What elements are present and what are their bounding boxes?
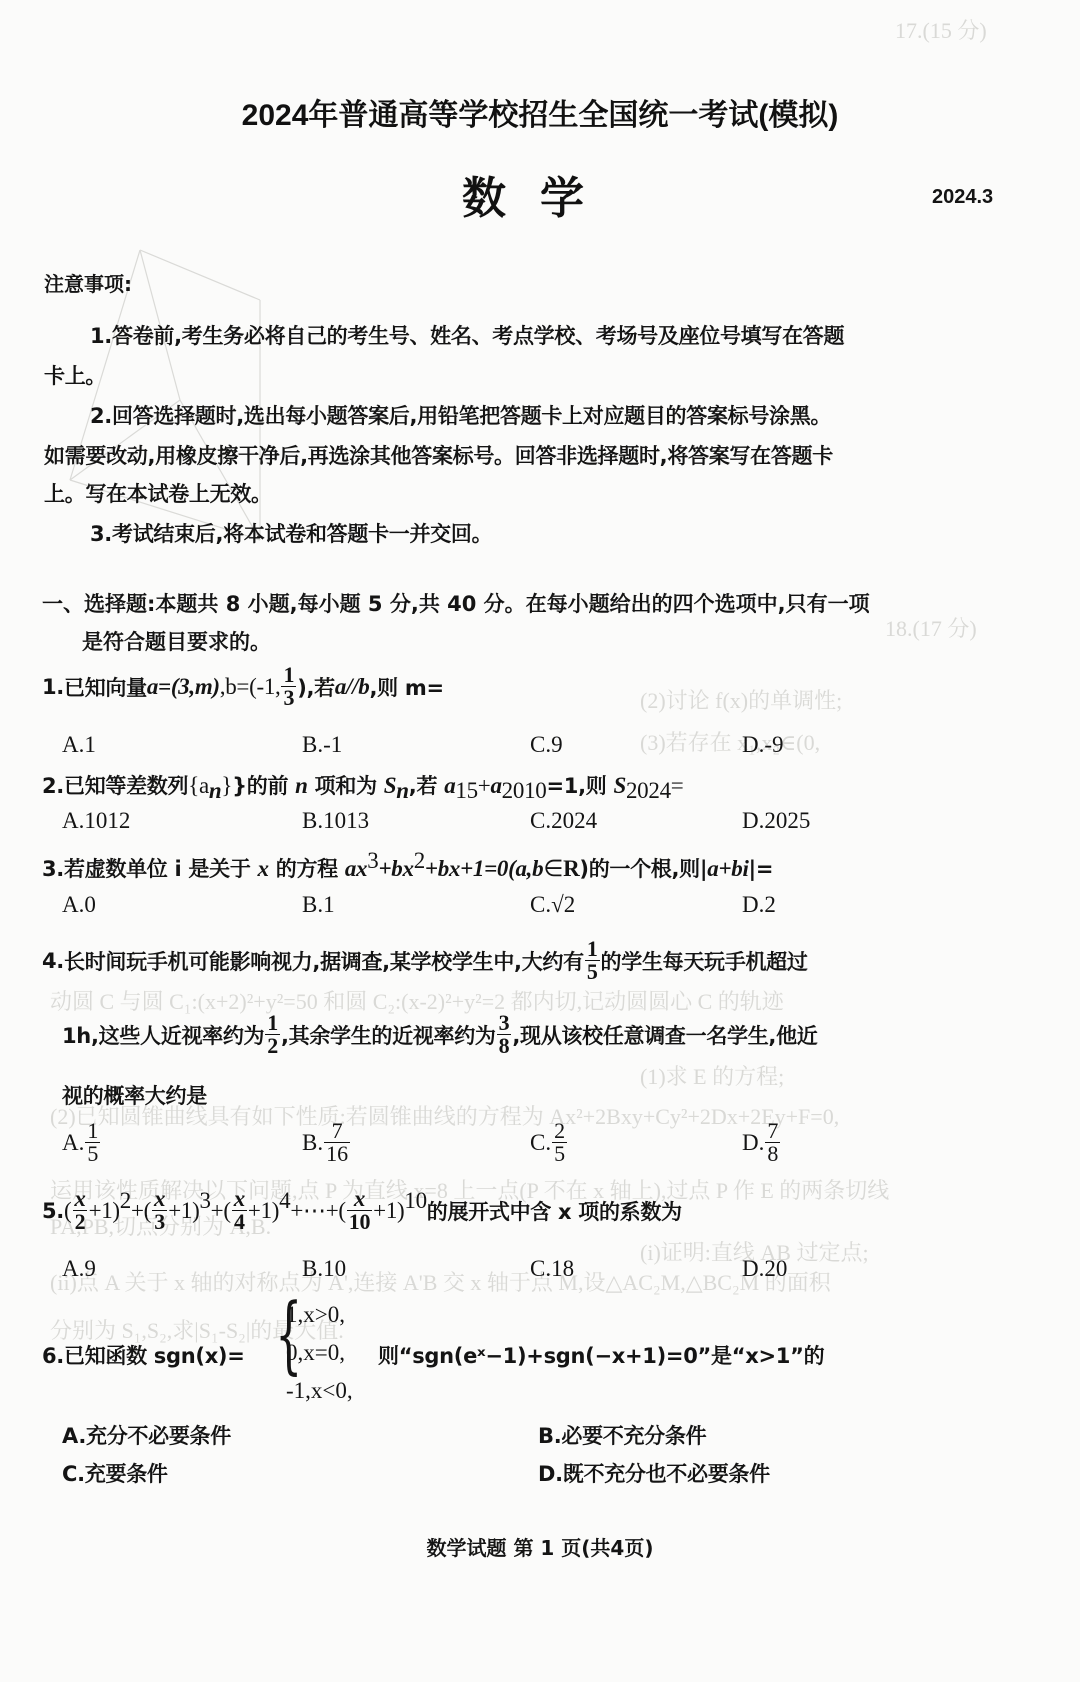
question-4-option-d[interactable]: D.78 xyxy=(742,1120,781,1165)
section-heading-cont: 是符合题目要求的。 xyxy=(82,626,271,656)
fraction: 13 xyxy=(281,664,296,709)
bleed-text: (ii)点 A 关于 x 轴的对称点为 A',连接 A'B 交 x 轴于点 M,… xyxy=(50,1266,831,1297)
question-6-option-a[interactable]: A.充分不必要条件 xyxy=(62,1420,231,1450)
question-5-option-a[interactable]: A.9 xyxy=(62,1256,96,1282)
question-3-stem: 3.若虚数单位 i 是关于 x 的方程 ax3+bx2+bx+1=0(a,b∈R… xyxy=(42,848,773,883)
piecewise-case-1: 1,x>0, xyxy=(286,1302,345,1328)
notice-item-2: 2.回答选择题时,选出每小题答案后,用铅笔把答题卡上对应题目的答案标号涂黑。 xyxy=(90,400,831,430)
question-6-option-d[interactable]: D.既不充分也不必要条件 xyxy=(538,1458,770,1488)
bleed-text: (3)若存在 x₁,x₂∈(0, xyxy=(640,726,820,757)
exam-date: 2024.3 xyxy=(932,186,993,209)
question-5-stem: 5. (x2+1)2 +(x3+1)3 +(x4+1)4 +⋯+ (x10+1)… xyxy=(42,1188,682,1233)
question-4-stem-line1: 4.长时间玩手机可能影响视力,据调查,某学校学生中,大约有 15 的学生每天玩手… xyxy=(42,938,808,983)
question-1-option-b[interactable]: B.-1 xyxy=(302,732,342,758)
question-2-stem: 2.已知等差数列{an}}的前 n 项和为 Sn,若 a15+a2010=1,则… xyxy=(42,770,683,804)
notice-item-3: 3.考试结束后,将本试卷和答题卡一并交回。 xyxy=(90,518,492,548)
bleed-text: 17.(15 分) xyxy=(895,14,987,45)
question-1-option-a[interactable]: A.1 xyxy=(62,732,96,758)
fraction: 12 xyxy=(265,1012,280,1057)
subject-title: 数学 xyxy=(0,162,1080,226)
question-2-option-d[interactable]: D.2025 xyxy=(742,808,810,834)
exam-page: 17.(15 分) 18.(17 分) (2)讨论 f(x)的单调性; (3)若… xyxy=(0,0,1080,1682)
question-3-option-a[interactable]: A.0 xyxy=(62,892,96,918)
bleed-text: 18.(17 分) xyxy=(885,612,977,643)
question-5-option-c[interactable]: C.18 xyxy=(530,1256,574,1282)
question-4-stem-line3: 视的概率大约是 xyxy=(62,1080,207,1110)
notice-item-2-cont2: 上。写在本试卷上无效。 xyxy=(44,478,272,508)
section-heading: 一、选择题:本题共 8 小题,每小题 5 分,共 40 分。在每小题给出的四个选… xyxy=(42,588,870,618)
question-1-option-c[interactable]: C.9 xyxy=(530,732,563,758)
fraction: 15 xyxy=(585,938,600,983)
question-6-option-c[interactable]: C.充要条件 xyxy=(62,1458,168,1488)
question-3-option-c[interactable]: C.√2 xyxy=(530,892,575,918)
question-5-option-b[interactable]: B.10 xyxy=(302,1256,346,1282)
notice-item-1: 1.答卷前,考生务必将自己的考生号、姓名、考点学校、考场号及座位号填写在答题 xyxy=(90,320,844,350)
question-4-option-c[interactable]: C.25 xyxy=(530,1120,568,1165)
question-4-option-b[interactable]: B.716 xyxy=(302,1120,351,1165)
bleed-text: (2)讨论 f(x)的单调性; xyxy=(640,684,842,715)
question-1-option-d[interactable]: D.-9 xyxy=(742,732,784,758)
question-4-option-a[interactable]: A.15 xyxy=(62,1120,101,1165)
question-3-option-b[interactable]: B.1 xyxy=(302,892,335,918)
question-4-stem-line2: 1h,这些人近视率约为 12 ,其余学生的近视率约为 38 ,现从该校任意调查一… xyxy=(62,1012,818,1057)
question-1-stem: 1. 已知向量 a=(3,m) ,b=(-1, 13 ),若 a//b ,则 m… xyxy=(42,664,444,709)
question-6-prefix: 6.已知函数 sgn(x)= xyxy=(42,1340,245,1370)
fraction: 38 xyxy=(497,1012,512,1057)
page-footer: 数学试题 第 1 页(共4页) xyxy=(0,1532,1080,1561)
question-5-option-d[interactable]: D.20 xyxy=(742,1256,787,1282)
piecewise-case-2: 0,x=0, xyxy=(286,1340,345,1366)
question-3-option-d[interactable]: D.2 xyxy=(742,892,776,918)
notice-item-2-cont: 如需要改动,用橡皮擦干净后,再选涂其他答案标号。回答非选择题时,将答案写在答题卡 xyxy=(44,440,833,470)
question-2-option-b[interactable]: B.1013 xyxy=(302,808,369,834)
question-2-option-a[interactable]: A.1012 xyxy=(62,808,130,834)
notice-heading: 注意事项: xyxy=(44,268,132,297)
exam-title: 2024年普通高等学校招生全国统一考试(模拟) xyxy=(0,90,1080,134)
notice-item-1-cont: 卡上。 xyxy=(44,360,106,390)
piecewise-case-3: -1,x<0, xyxy=(286,1378,353,1404)
bleed-text: (1)求 E 的方程; xyxy=(640,1060,784,1091)
question-6-option-b[interactable]: B.必要不充分条件 xyxy=(538,1420,706,1450)
question-2-option-c[interactable]: C.2024 xyxy=(530,808,597,834)
question-6-suffix: 则“sgn(eˣ−1)+sgn(−x+1)=0”是“x>1”的 xyxy=(378,1340,824,1370)
